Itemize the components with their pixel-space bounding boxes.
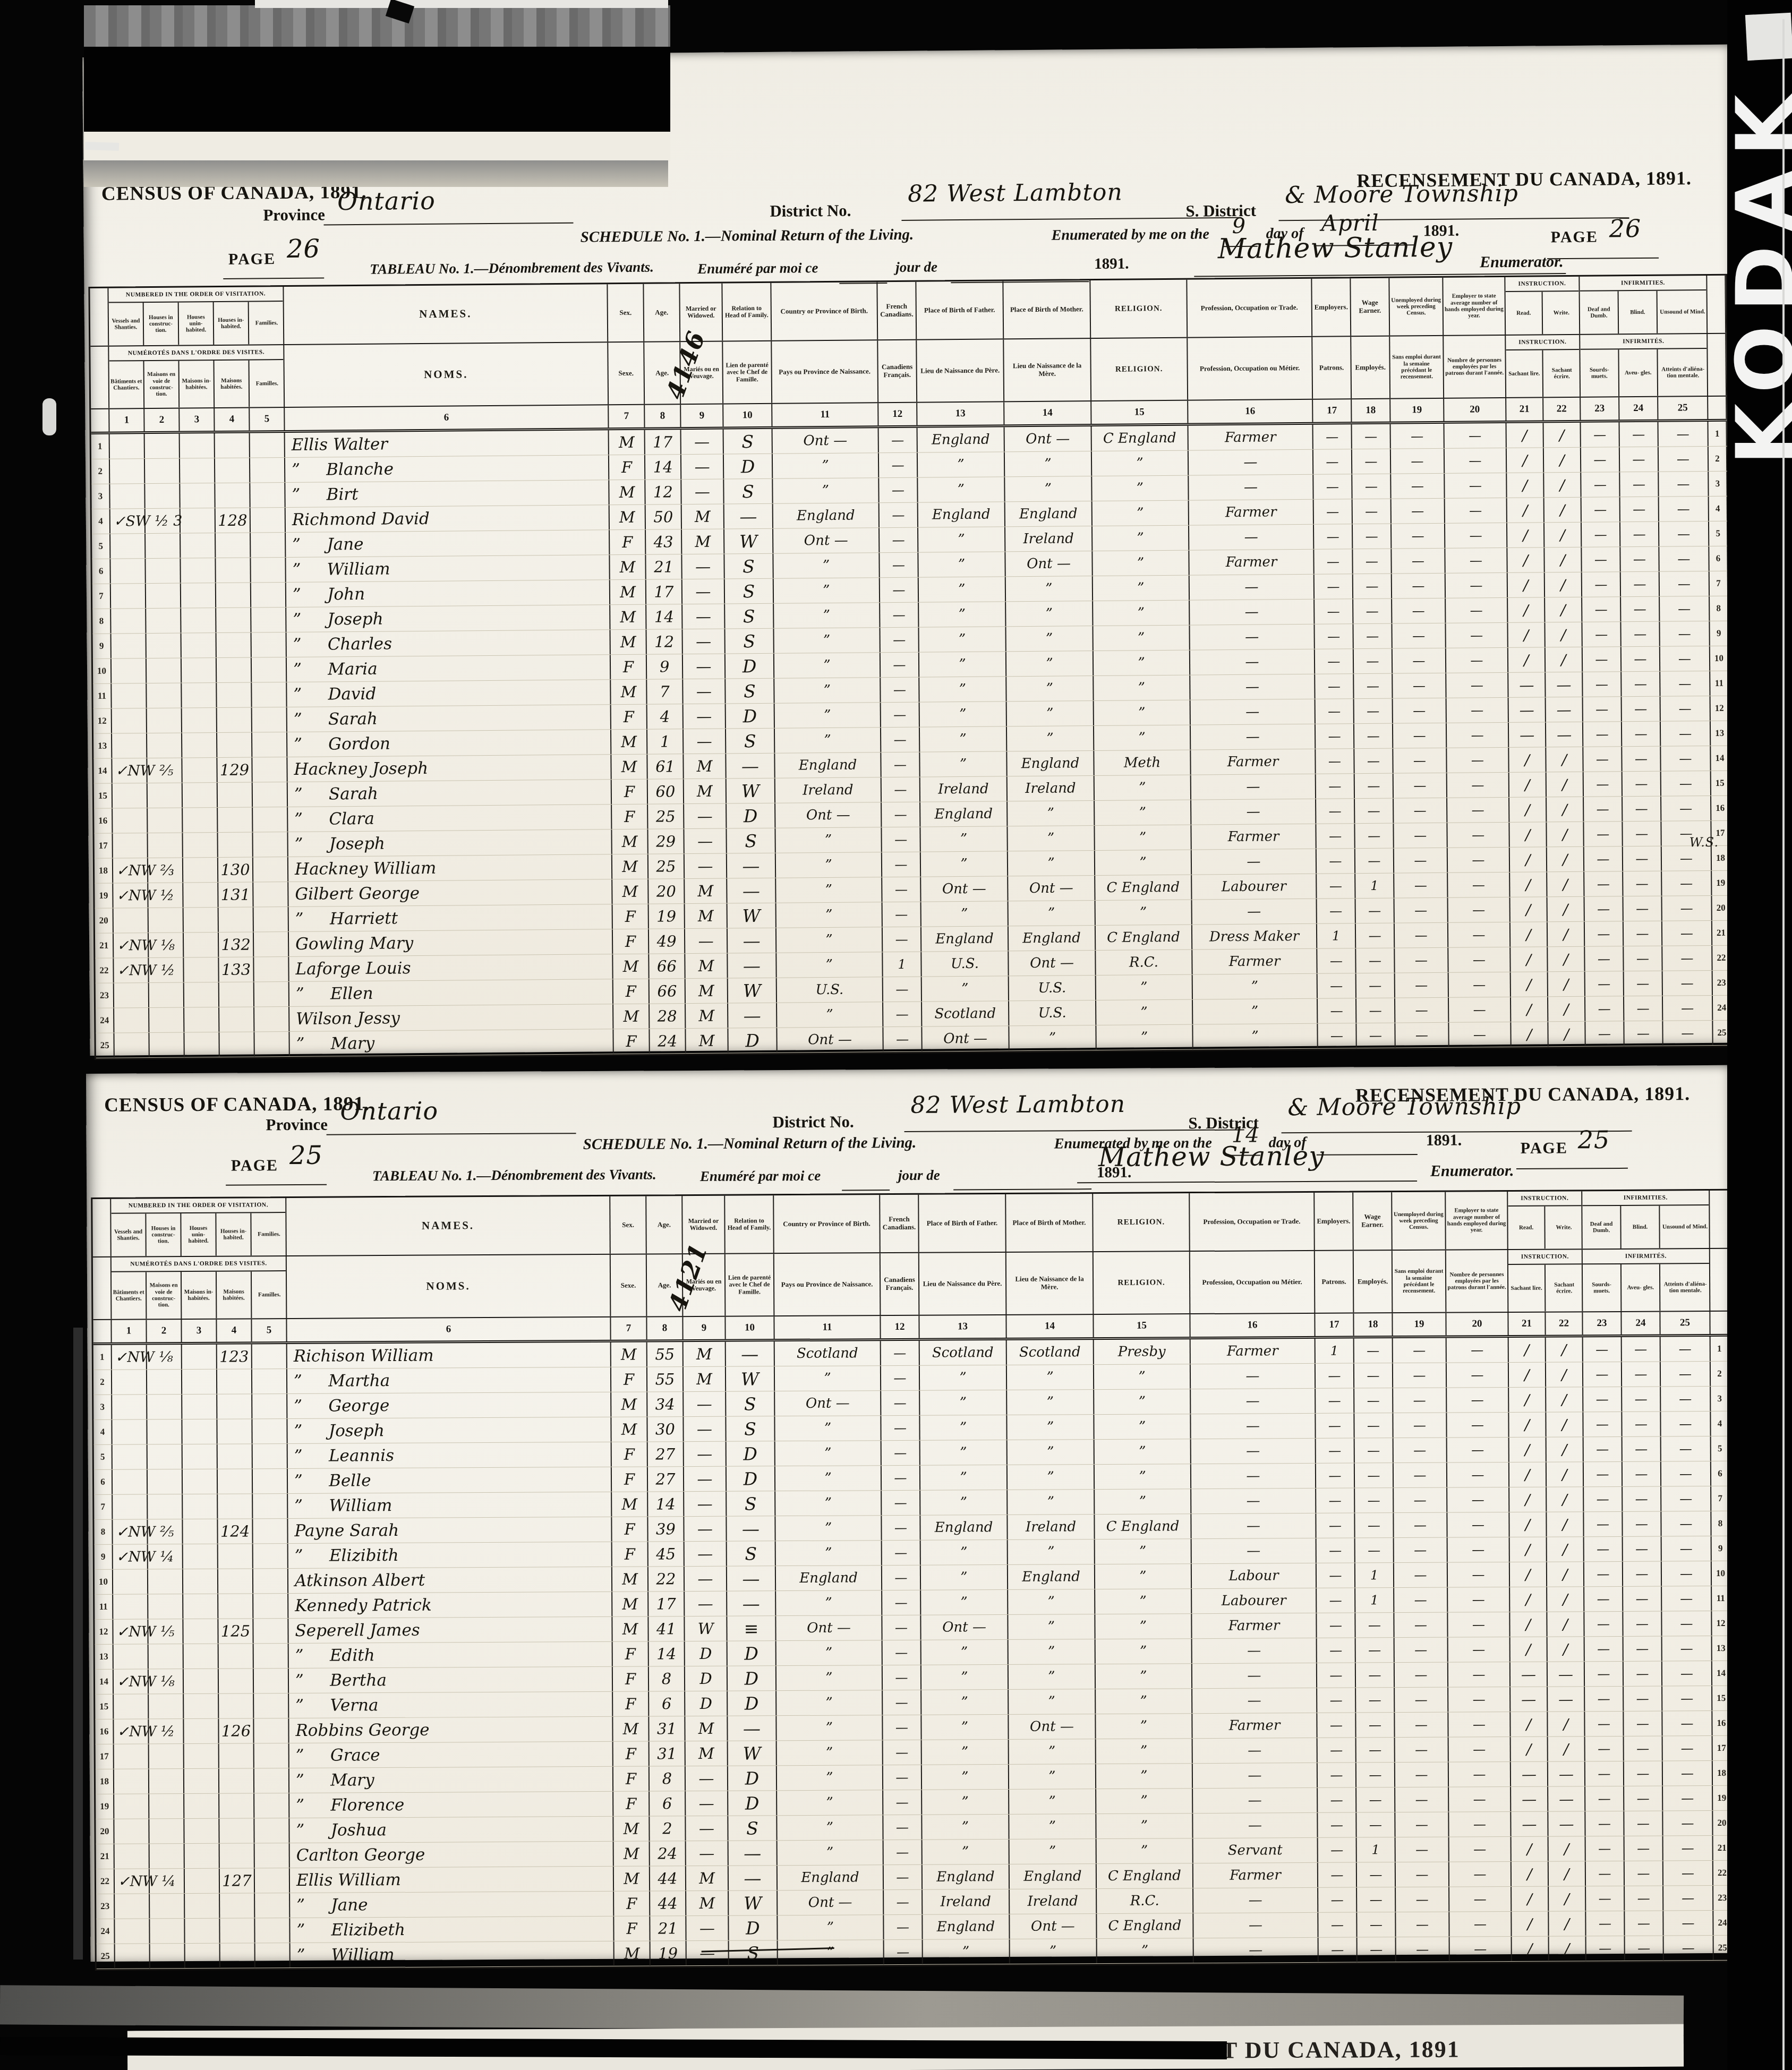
cell-col5 <box>251 558 286 583</box>
cell-col7: F <box>613 1666 649 1691</box>
cell-col5 <box>251 533 286 558</box>
cell-col16: — <box>1189 450 1313 475</box>
cell-col20: — <box>1446 673 1508 698</box>
province-value: Ontario <box>337 186 436 216</box>
cell-col16: — <box>1191 1489 1316 1513</box>
cell-col17: — <box>1318 1862 1357 1887</box>
cell-col21: / <box>1512 1887 1549 1911</box>
cell-col19: — <box>1393 673 1446 698</box>
cell-col17: — <box>1318 1787 1356 1812</box>
cell-col16: Dress Maker <box>1192 924 1317 950</box>
cell-col12: — <box>881 1416 920 1440</box>
cell-col12: — <box>883 902 921 927</box>
cell-col20: — <box>1448 1637 1511 1662</box>
group-title: NUMBERED IN THE ORDER OF VISITATION. <box>111 1198 285 1214</box>
cell-col23: — <box>1584 1437 1623 1461</box>
cell-col12: — <box>883 1715 921 1740</box>
cell-col9: M <box>684 1367 726 1391</box>
col-number: 15 <box>1091 401 1188 424</box>
col-header: Read. <box>1508 1207 1545 1249</box>
cell-col1 <box>113 1494 148 1519</box>
cell-col18: — <box>1356 1023 1395 1048</box>
cell-col11: ” <box>776 852 882 878</box>
cell-col6: ” Mary <box>289 1767 613 1793</box>
cell-col24: — <box>1624 1636 1662 1661</box>
cell-col21: — <box>1511 1687 1548 1712</box>
col-header: Employers. <box>1312 278 1351 336</box>
cell-col17: — <box>1317 849 1355 874</box>
cell-col8: 25 <box>648 804 684 829</box>
cell-col1 <box>115 1919 150 1943</box>
cell-col1: ✓NW ⅛ <box>114 1669 149 1693</box>
cell-col19: — <box>1395 998 1449 1023</box>
page-underline-right <box>1516 1168 1628 1169</box>
cell-col14: ” <box>1008 1614 1095 1639</box>
cell-col1 <box>113 1469 148 1494</box>
cell-col8: 20 <box>648 879 685 904</box>
cell-col15: ” <box>1094 1414 1191 1439</box>
cell-col20: — <box>1445 548 1507 573</box>
cell-col5 <box>254 1743 289 1768</box>
cell-col13: Scotland <box>922 1001 1009 1026</box>
cell-col19: — <box>1395 1638 1448 1663</box>
cell-col13: ” <box>921 1640 1009 1665</box>
cell-col5 <box>253 1494 288 1518</box>
cell-col11: ” <box>777 1815 883 1840</box>
col-number: 20 <box>1444 398 1506 421</box>
cell-col19: — <box>1394 823 1447 848</box>
cell-col6: Richmond David <box>286 505 610 532</box>
cell-col1 <box>115 1844 150 1868</box>
cell-col20: — <box>1449 972 1511 997</box>
cell-col4: 133 <box>219 957 254 982</box>
cell-col22: — <box>1548 1662 1585 1686</box>
cell-col5 <box>250 433 285 458</box>
cell-col6: Gilbert George <box>288 879 612 906</box>
cell-col25: — <box>1661 721 1711 746</box>
cell-col23: — <box>1584 1612 1623 1636</box>
cell-col12: — <box>879 428 918 453</box>
cell-col1 <box>113 1594 148 1619</box>
cell-col19: — <box>1393 1363 1447 1388</box>
cell-col10: S <box>727 828 775 853</box>
cell-col20: — <box>1448 1537 1510 1562</box>
cell-col8: 21 <box>650 1916 686 1940</box>
cell-col20: — <box>1448 1562 1510 1587</box>
cell-col20: — <box>1448 1587 1510 1612</box>
cell-col14: ” <box>1008 1465 1095 1490</box>
cell-col8: 4 <box>647 704 684 729</box>
cell-col10: W <box>729 1891 778 1915</box>
cell-col22: / <box>1546 1387 1583 1412</box>
cell-col4 <box>219 908 254 933</box>
col-number: 25 <box>1658 397 1708 420</box>
cell-col4 <box>219 982 254 1007</box>
cell-col10: D <box>726 654 774 679</box>
cell-col21: / <box>1509 1363 1546 1387</box>
cell-col13: ” <box>923 1939 1010 1964</box>
cell-col3 <box>181 583 216 608</box>
cell-col7: M <box>612 1616 648 1641</box>
cell-col5 <box>252 707 287 732</box>
cell-col11: ” <box>778 1915 884 1940</box>
cell-col18: — <box>1356 1738 1395 1762</box>
cell-col1: ✓NW ⅕ <box>113 1619 148 1644</box>
cell-col13: England <box>920 1515 1008 1540</box>
cell-col4 <box>219 1644 254 1668</box>
cell-col21: / <box>1512 1937 1549 1961</box>
cell-col15: Meth <box>1094 750 1191 775</box>
group-title: INFIRMITIES. <box>1582 1191 1709 1206</box>
cell-col8: 12 <box>645 480 681 504</box>
cell-col14: ” <box>1008 1539 1095 1564</box>
cell-col14: ” <box>1009 901 1096 926</box>
cell-col16: Farmer <box>1189 500 1314 525</box>
cell-col20: — <box>1448 1612 1510 1637</box>
cell-col7: M <box>612 879 648 904</box>
cell-col5 <box>252 1419 287 1443</box>
row-number: 6 <box>94 1470 113 1494</box>
cell-col23: — <box>1584 772 1623 797</box>
cell-col13: ” <box>921 901 1009 926</box>
cell-col25: — <box>1660 571 1710 596</box>
col-header: Houses unin- habited. <box>179 302 215 345</box>
cell-col12: — <box>883 1640 921 1665</box>
cell-col13: Scotland <box>920 1340 1007 1365</box>
cell-col11: U.S. <box>777 977 883 1003</box>
cell-col4 <box>216 583 251 608</box>
cell-col2 <box>150 1919 185 1943</box>
cell-col3 <box>183 783 218 808</box>
cell-col12: — <box>880 603 919 628</box>
col-header: RELIGION. <box>1094 1252 1191 1314</box>
cell-col20: — <box>1447 1388 1509 1413</box>
cell-col12: — <box>882 877 921 902</box>
jour-underline-2 <box>953 1188 1091 1190</box>
cell-col6: ” Jane <box>290 1892 614 1918</box>
cell-col16: Labourer <box>1192 874 1317 900</box>
row-number: 12 <box>1711 696 1729 721</box>
cell-col2 <box>145 484 180 509</box>
col-header: RELIGION. <box>1093 1193 1190 1251</box>
row-number: 3 <box>91 484 110 509</box>
column-group: INFIRMITÉS.Sourds- muets.Aveu- gles.Atte… <box>1580 334 1708 397</box>
cell-col6: ” Elizibeth <box>290 1917 614 1943</box>
cell-col19: — <box>1396 1937 1450 1962</box>
cell-col14: ” <box>1009 1025 1096 1050</box>
cell-col18: — <box>1355 774 1394 799</box>
cell-col3 <box>181 533 216 558</box>
cell-col16: — <box>1191 1464 1316 1489</box>
cell-col8: 39 <box>648 1517 684 1541</box>
row-number: 17 <box>94 834 113 858</box>
cell-col19: — <box>1396 1887 1449 1912</box>
cell-col10: S <box>726 1391 775 1416</box>
cell-col11: ” <box>775 1516 882 1541</box>
cell-col4 <box>217 1369 252 1393</box>
cell-col6: Ellis Walter <box>285 430 609 457</box>
cell-col19: — <box>1392 623 1446 648</box>
cell-col15: ” <box>1092 476 1189 501</box>
cell-col25: — <box>1661 1337 1711 1361</box>
cell-col1 <box>110 459 145 484</box>
cell-col3 <box>182 708 217 733</box>
cell-col16: — <box>1192 1688 1317 1713</box>
cell-col15: ” <box>1097 1838 1193 1863</box>
cell-col23: — <box>1582 547 1620 572</box>
col-number: 4 <box>217 1319 252 1341</box>
cell-col20: — <box>1449 997 1511 1022</box>
col-number: 2 <box>147 1320 182 1342</box>
group-subrow: Deaf and Dumb.Blind.Unsound of Mind. <box>1580 290 1707 334</box>
cell-col10: W <box>728 978 777 1003</box>
cell-col4: 123 <box>217 1344 252 1368</box>
cell-col17: — <box>1313 424 1352 449</box>
cell-col20: — <box>1447 1438 1509 1462</box>
col-header: Bâtiments et Chantiers. <box>112 1272 147 1319</box>
row-number: 22 <box>96 1869 115 1894</box>
group-title: INFIRMITÉS. <box>1580 334 1706 350</box>
cell-col15: ” <box>1096 1739 1193 1764</box>
cell-col2 <box>149 1769 184 1793</box>
cell-col20: — <box>1448 947 1511 972</box>
cell-col15: ” <box>1096 1639 1192 1664</box>
col-number: 5 <box>250 408 285 431</box>
cell-col10: D <box>728 1791 777 1815</box>
col-header: Aveu- gles. <box>1619 349 1658 397</box>
cell-col20: — <box>1448 922 1511 947</box>
cell-col6: Robbins George <box>289 1717 613 1743</box>
cell-col4 <box>215 433 250 458</box>
cell-col16: Farmer <box>1193 1863 1318 1888</box>
cell-col5 <box>255 1843 290 1868</box>
row-number: 1 <box>1711 1337 1729 1361</box>
cell-col3 <box>182 758 217 783</box>
col-header: Houses in- habited. <box>214 302 250 345</box>
cell-col16: Labour <box>1192 1563 1317 1588</box>
cell-col8: 17 <box>648 1592 685 1616</box>
cell-col21: / <box>1511 897 1548 922</box>
year-label-fr: 1891. <box>1094 255 1129 273</box>
cell-col25: — <box>1660 646 1710 671</box>
group-title: NUMÉROTÉS DANS L'ORDRE DES VISITES. <box>109 345 283 362</box>
cell-col9: — <box>684 1392 726 1416</box>
col-header: Sexe. <box>611 1254 647 1316</box>
row-number: 7 <box>92 584 111 609</box>
cell-col12: — <box>880 528 918 553</box>
cell-col14: Ireland <box>1008 776 1095 801</box>
cell-col19: — <box>1394 1588 1448 1613</box>
cell-col3 <box>184 1819 219 1843</box>
cell-col23: — <box>1586 1836 1625 1861</box>
year-label: 1891. <box>1426 1131 1462 1149</box>
cell-col1: ✓NW ⅛ <box>114 933 149 958</box>
cell-col23: — <box>1585 1761 1624 1786</box>
cell-col18: — <box>1355 824 1394 849</box>
cell-col11: ” <box>774 628 880 653</box>
cell-col9: — <box>683 679 726 704</box>
cell-col11: ” <box>774 678 881 703</box>
cell-col16: Labourer <box>1192 1588 1317 1613</box>
col-header: Nombre de personnes employées par les pa… <box>1446 1250 1509 1312</box>
cell-col15: ” <box>1096 1025 1193 1050</box>
cell-col19: — <box>1394 1438 1447 1463</box>
cell-col3 <box>183 1494 218 1519</box>
cell-col12: — <box>884 1865 923 1889</box>
cell-col6: ” Belle <box>288 1467 612 1493</box>
cell-col15: C England <box>1092 426 1189 451</box>
cell-col12: — <box>881 728 920 752</box>
cell-col21: / <box>1506 423 1543 448</box>
col-header: Familles. <box>249 360 285 407</box>
cell-col13: ” <box>922 1790 1009 1815</box>
cell-col9: M <box>682 504 724 529</box>
cell-col13: ” <box>920 726 1007 751</box>
cell-col4 <box>220 1918 255 1943</box>
cell-col6: ” Bertha <box>289 1667 613 1693</box>
cell-col13: ” <box>921 851 1008 876</box>
cell-col19: — <box>1395 1812 1449 1837</box>
col-number: 7 <box>609 405 645 428</box>
cell-col24: — <box>1623 1436 1661 1461</box>
cell-col8: 12 <box>646 629 682 654</box>
cell-col4 <box>219 1768 254 1793</box>
col-header: Vessels and Shanties. <box>109 303 144 346</box>
cell-col24: — <box>1625 1911 1663 1935</box>
film-paper-peek <box>84 132 670 161</box>
cell-col5 <box>252 657 287 682</box>
cell-col25: — <box>1662 1561 1712 1586</box>
col-number: 24 <box>1619 397 1658 420</box>
column-group: INSTRUCTION.Read.Write. <box>1508 1191 1583 1249</box>
cell-col16: Farmer <box>1192 949 1317 974</box>
cell-col17: — <box>1318 1837 1357 1862</box>
cell-col11: Ont — <box>776 1615 882 1640</box>
cell-col8: 45 <box>648 1542 685 1566</box>
col-header: NAMES. <box>286 1196 611 1255</box>
cell-col4 <box>219 1743 254 1768</box>
cell-col2 <box>149 983 184 1008</box>
cell-col21: / <box>1508 647 1546 672</box>
group-title: INSTRUCTION. <box>1506 335 1579 350</box>
cell-col2 <box>145 459 180 484</box>
cell-col17: — <box>1318 1763 1356 1787</box>
cell-col10: D <box>728 1028 777 1053</box>
cell-col22: / <box>1547 1587 1584 1611</box>
cell-col1 <box>113 783 148 808</box>
province-label: Province <box>266 1115 328 1135</box>
cell-col23: — <box>1583 1362 1622 1387</box>
cell-col25: — <box>1663 1736 1713 1760</box>
cell-col19: — <box>1396 1837 1449 1862</box>
cell-col9: — <box>685 1567 727 1591</box>
cell-col6: ” Gordon <box>287 730 611 757</box>
cell-col16: — <box>1192 899 1317 925</box>
cell-col23: — <box>1584 1462 1623 1486</box>
jour-underline-1 <box>842 1190 890 1191</box>
cell-col12: — <box>882 1590 921 1615</box>
cell-col3 <box>184 1769 219 1793</box>
cell-col5 <box>253 782 288 807</box>
cell-col23: — <box>1584 797 1623 822</box>
cell-col7: M <box>609 480 645 505</box>
cell-col17: — <box>1318 1812 1356 1837</box>
cell-col4: 132 <box>219 933 254 957</box>
cell-col11: ” <box>776 1715 883 1740</box>
cell-col19: — <box>1393 723 1447 748</box>
cell-col19: — <box>1394 1563 1448 1588</box>
cell-col7: M <box>611 730 647 755</box>
cell-col4 <box>217 708 252 733</box>
cell-col6: Kennedy Patrick <box>288 1592 612 1618</box>
cell-col25: — <box>1659 521 1709 546</box>
cell-col25: — <box>1662 1611 1712 1636</box>
cell-col3 <box>184 982 219 1007</box>
cell-col23: — <box>1582 497 1620 522</box>
cell-col14: ” <box>1008 826 1095 851</box>
cell-col21: / <box>1510 1587 1547 1612</box>
cell-col7: M <box>614 1841 650 1866</box>
row-number: 10 <box>93 659 112 683</box>
cell-col11: ” <box>776 927 883 953</box>
cell-col23: — <box>1586 1886 1625 1911</box>
cell-col8: 61 <box>647 754 684 779</box>
col-header: Write. <box>1543 292 1581 335</box>
group-subrow: Sachant lire.Sachant écrire. <box>1508 1264 1582 1312</box>
cell-col24: — <box>1625 1861 1663 1885</box>
cell-col15: C England <box>1095 875 1192 900</box>
cell-col21: / <box>1509 1512 1547 1537</box>
cell-col5 <box>252 1344 287 1368</box>
cell-col12: — <box>884 1940 923 1964</box>
cell-col23: — <box>1585 921 1624 946</box>
cell-col21: / <box>1512 1862 1549 1886</box>
cell-col4 <box>218 808 253 833</box>
cell-col11: Ireland <box>775 777 882 803</box>
cell-col16: — <box>1190 649 1315 675</box>
cell-col20: — <box>1446 623 1508 648</box>
cell-col15: ” <box>1094 1364 1191 1389</box>
col-header: NOMS.4121 <box>287 1255 611 1318</box>
cell-col17: — <box>1316 799 1355 824</box>
page-number-right: 26 <box>1609 214 1641 243</box>
cell-col25: — <box>1663 971 1713 996</box>
cell-col12: — <box>880 503 918 528</box>
cell-col7: F <box>613 1641 649 1666</box>
cell-col3 <box>181 508 216 533</box>
cell-col10: S <box>724 554 773 579</box>
cell-col16: — <box>1191 1414 1316 1439</box>
col-header: Sachant écrire. <box>1543 350 1581 397</box>
cell-col24: — <box>1622 697 1661 722</box>
cell-col22: / <box>1547 822 1584 847</box>
cell-col5 <box>254 1669 289 1693</box>
col-number: 1 <box>109 409 144 432</box>
group-title: INSTRUCTION. <box>1505 277 1578 292</box>
cell-col6: ” Jane <box>286 530 610 557</box>
cell-col21: / <box>1509 797 1547 822</box>
cell-col19: — <box>1395 1688 1448 1713</box>
cell-col18: — <box>1353 599 1392 624</box>
row-number: 21 <box>96 1844 115 1869</box>
cell-col2 <box>147 1395 182 1419</box>
cell-col3 <box>185 1869 220 1893</box>
cell-col18: — <box>1355 1513 1394 1537</box>
census-title-en: CENSUS OF CANADA, 1891. <box>104 1092 370 1117</box>
cell-col12: — <box>883 977 922 1002</box>
cell-col7: F <box>613 1741 650 1766</box>
cell-col11: ” <box>773 453 879 478</box>
